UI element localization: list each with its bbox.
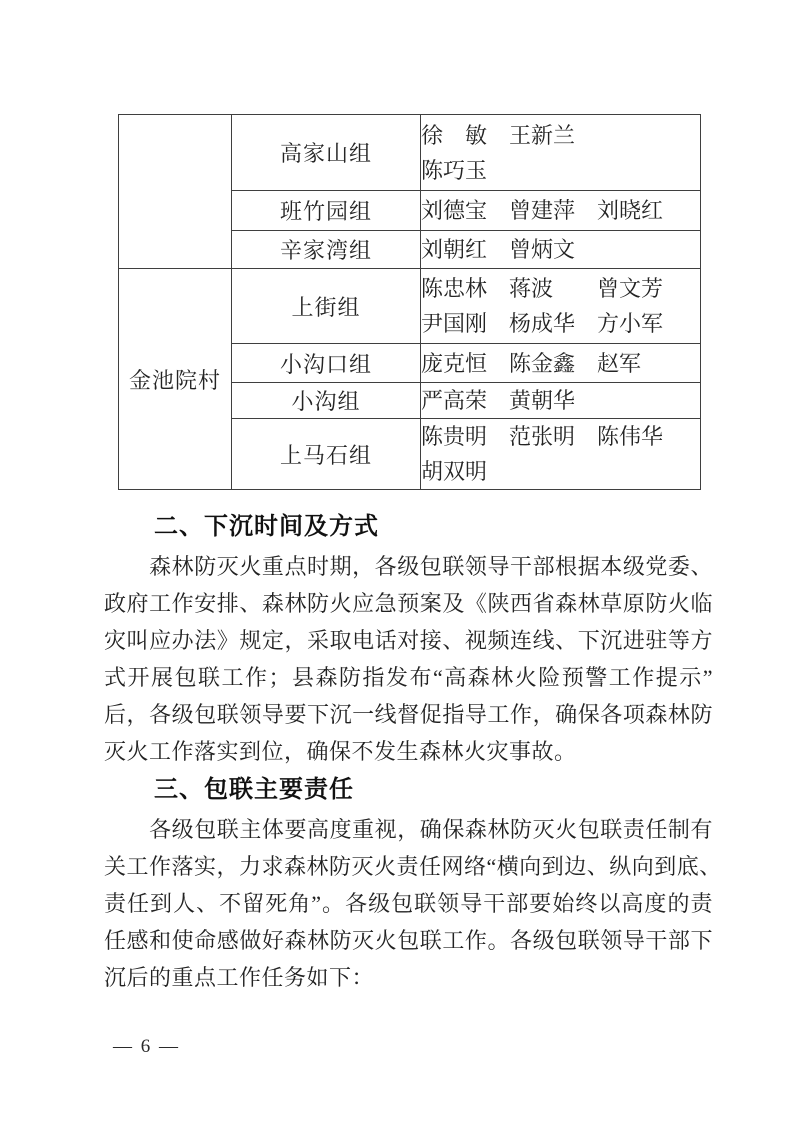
village-cell: 金池院村	[119, 269, 232, 490]
text-line: 沉后的重点工作任务如下：	[104, 959, 713, 996]
names-cell: 刘德宝 曾建萍 刘晓红	[421, 191, 701, 231]
text-line: 关工作落实，力求森林防灭火责任网络“横向到边、纵向到底、	[104, 848, 713, 885]
table-row: 金池院村 上街组 陈忠林 蒋波 曾文芳 尹国刚 杨成华 方小军	[119, 269, 701, 344]
village-cell-blank	[119, 115, 232, 269]
text-line: 责任到人、不留死角”。各级包联领导干部要始终以高度的责	[104, 885, 713, 922]
names-cell: 陈贵明 范张明 陈伟华 胡双明	[421, 419, 701, 490]
names-cell: 庞克恒 陈金鑫 赵军	[421, 344, 701, 383]
text-line: 森林防灭火重点时期，各级包联领导干部根据本级党委、	[104, 548, 713, 585]
village-group-contact-table: 高家山组 徐 敏 王新兰 陈巧玉 班竹园组 刘德宝 曾建萍 刘晓红 辛家湾组 刘…	[118, 114, 701, 490]
text-line: 式开展包联工作；县森防指发布“高森林火险预警工作提示”	[104, 659, 713, 696]
names-cell: 陈忠林 蒋波 曾文芳 尹国刚 杨成华 方小军	[421, 269, 701, 344]
text-line: 后，各级包联领导要下沉一线督促指导工作，确保各项森林防	[104, 696, 713, 733]
document-page: 高家山组 徐 敏 王新兰 陈巧玉 班竹园组 刘德宝 曾建萍 刘晓红 辛家湾组 刘…	[0, 0, 793, 1122]
table-row: 高家山组 徐 敏 王新兰 陈巧玉	[119, 115, 701, 191]
names-cell: 刘朝红 曾炳文	[421, 231, 701, 269]
group-cell: 小沟口组	[232, 344, 421, 383]
group-cell: 上马石组	[232, 419, 421, 490]
text-line: 任感和使命感做好森林防灭火包联工作。各级包联领导干部下	[104, 922, 713, 959]
group-cell: 小沟组	[232, 383, 421, 419]
section-heading-time-method: 二、下沉时间及方式	[104, 509, 744, 545]
names-cell: 严高荣 黄朝华	[421, 383, 701, 419]
paragraph-time-method: 森林防灭火重点时期，各级包联领导干部根据本级党委、政府工作安排、森林防火应急预案…	[104, 548, 713, 770]
group-cell: 高家山组	[232, 115, 421, 191]
group-cell: 辛家湾组	[232, 231, 421, 269]
section-heading-main-duty: 三、包联主要责任	[104, 772, 744, 808]
text-line: 政府工作安排、森林防火应急预案及《陕西省森林草原防火临	[104, 585, 713, 622]
page-number: — 6 —	[113, 1036, 180, 1058]
group-cell: 班竹园组	[232, 191, 421, 231]
text-line: 灾叫应办法》规定，采取电话对接、视频连线、下沉进驻等方	[104, 622, 713, 659]
text-line: 灭火工作落实到位，确保不发生森林火灾事故。	[104, 733, 713, 770]
group-cell: 上街组	[232, 269, 421, 344]
names-cell: 徐 敏 王新兰 陈巧玉	[421, 115, 701, 191]
paragraph-main-duty: 各级包联主体要高度重视，确保森林防灭火包联责任制有关工作落实，力求森林防灭火责任…	[104, 811, 713, 996]
text-line: 各级包联主体要高度重视，确保森林防灭火包联责任制有	[104, 811, 713, 848]
